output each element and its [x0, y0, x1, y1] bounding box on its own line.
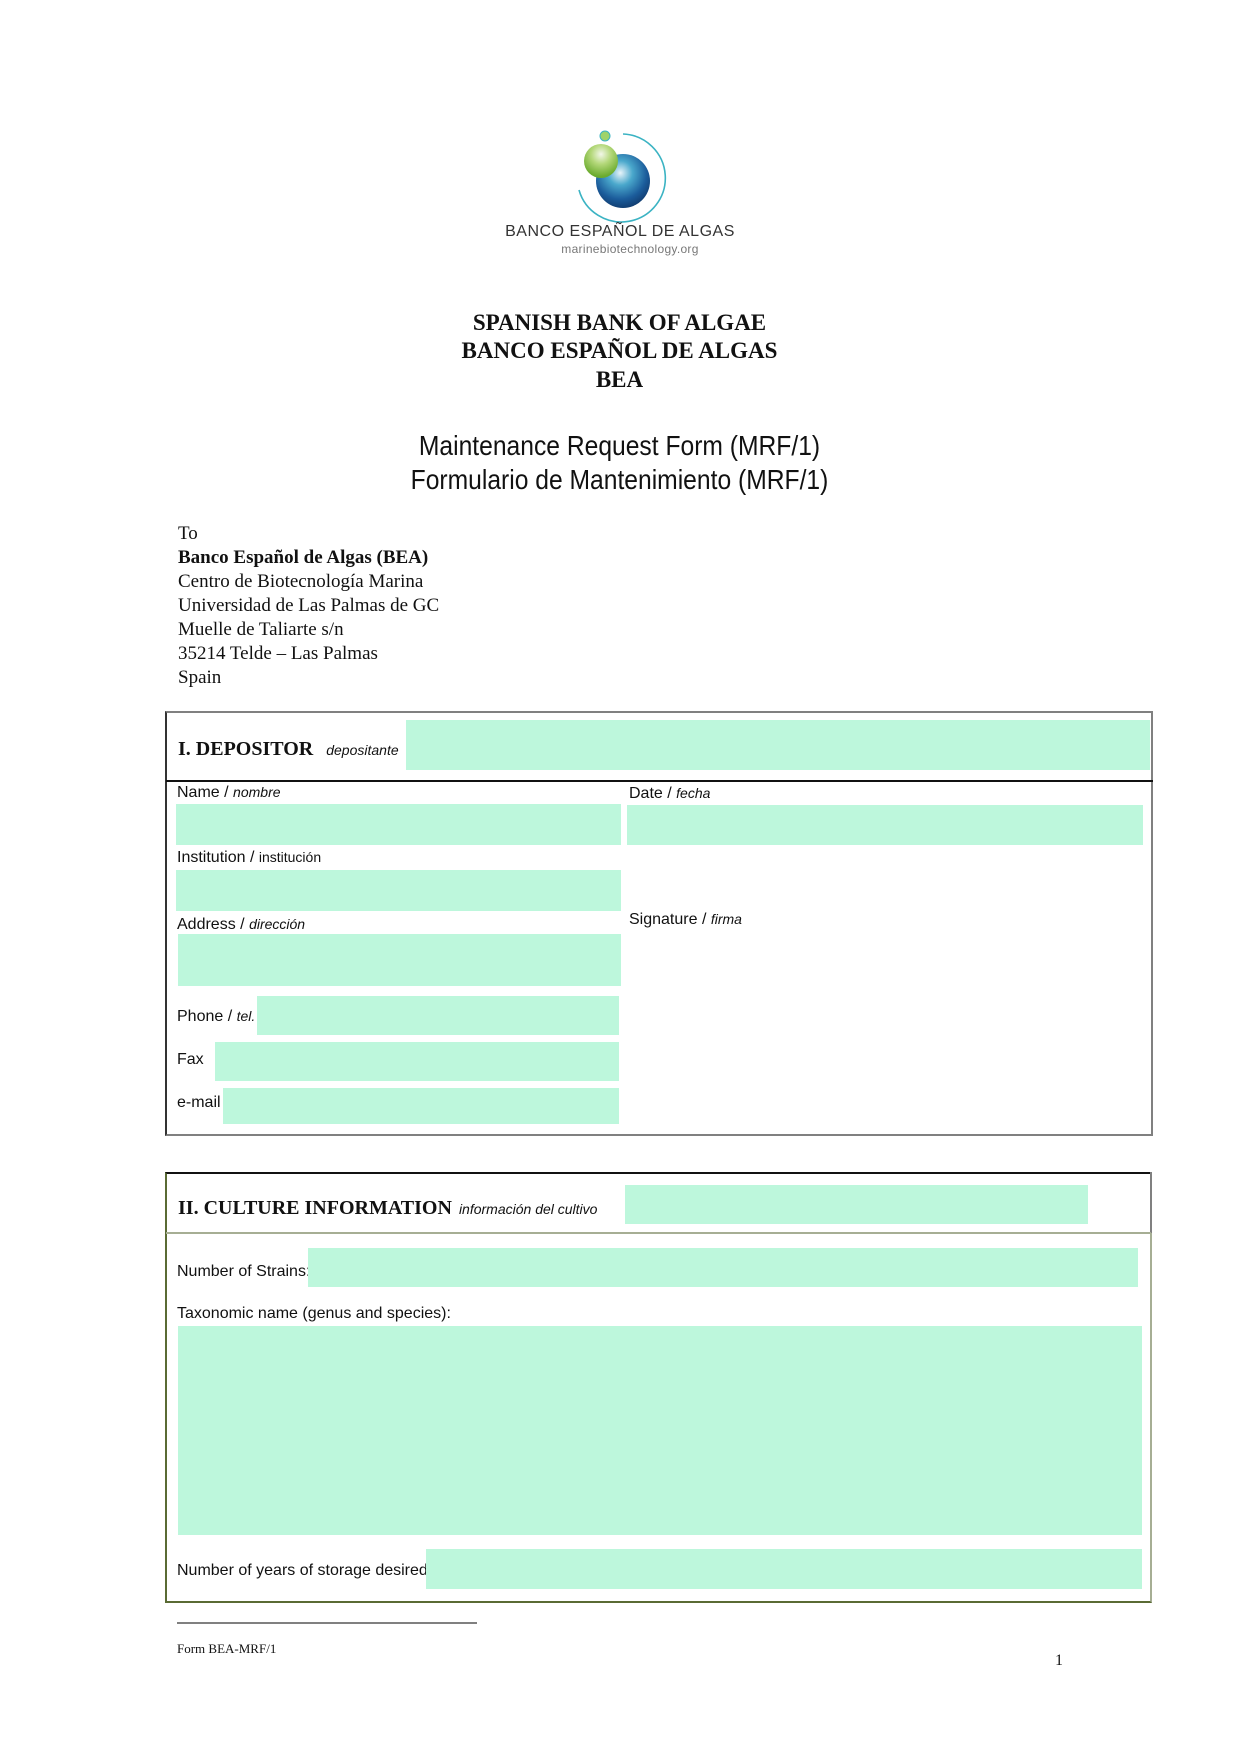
institution-field[interactable]: [176, 870, 621, 911]
page-number: 1: [1055, 1652, 1063, 1670]
culture-title-text: II. CULTURE INFORMATION: [178, 1197, 452, 1219]
date-field[interactable]: [627, 805, 1143, 845]
culture-header-divider: [166, 1232, 1151, 1234]
separator: /: [702, 911, 706, 928]
logo: BANCO ESPAÑOL DE ALGAS marinebiotechnolo…: [495, 128, 745, 260]
phone-field[interactable]: [257, 996, 619, 1035]
depositor-title-text: I. DEPOSITOR: [178, 738, 313, 760]
date-label-es: fecha: [676, 785, 710, 801]
algae-orb-icon: [565, 128, 675, 228]
recipient-to: To: [178, 522, 439, 546]
recipient-line: 35214 Telde – Las Palmas: [178, 642, 439, 666]
email-label: e-mail: [177, 1094, 221, 1112]
logo-url: marinebiotechnology.org: [495, 242, 745, 256]
header-line-1: SPANISH BANK OF ALGAE: [0, 310, 1239, 336]
recipient-name: Banco Español de Algas (BEA): [178, 546, 439, 570]
recipient-line: Universidad de Las Palmas de GC: [178, 594, 439, 618]
strains-field[interactable]: [308, 1248, 1138, 1287]
separator: /: [228, 1008, 232, 1025]
institution-label: Institution / institución: [177, 849, 321, 867]
depositor-header-divider: [166, 780, 1153, 782]
strains-label: Number of Strains:: [177, 1263, 310, 1281]
separator: /: [667, 785, 671, 802]
culture-header-field[interactable]: [625, 1185, 1088, 1224]
taxonomic-label: Taxonomic name (genus and species):: [177, 1305, 451, 1323]
name-label-es: nombre: [233, 784, 280, 800]
signature-label-en: Signature: [629, 911, 698, 928]
signature-area[interactable]: [627, 935, 1143, 1125]
taxonomic-field[interactable]: [178, 1326, 1142, 1535]
fax-field[interactable]: [215, 1042, 619, 1081]
address-label-en: Address: [177, 916, 236, 933]
phone-label-es: tel.: [237, 1008, 256, 1024]
recipient-line: Spain: [178, 666, 439, 690]
header-line-2: BANCO ESPAÑOL DE ALGAS: [0, 338, 1239, 364]
depositor-subtitle: depositante: [326, 742, 398, 758]
years-label: Number of years of storage desired:: [177, 1562, 432, 1580]
name-label: Name / nombre: [177, 784, 281, 802]
signature-label-es: firma: [711, 911, 742, 927]
email-field[interactable]: [223, 1088, 619, 1124]
separator: /: [240, 916, 244, 933]
fax-label: Fax: [177, 1051, 204, 1069]
institution-label-es: institución: [259, 849, 321, 865]
address-label-es: dirección: [249, 916, 305, 932]
depositor-title: I. DEPOSITOR depositante: [178, 738, 399, 761]
separator: /: [224, 784, 228, 801]
logo-name: BANCO ESPAÑOL DE ALGAS: [495, 223, 745, 241]
name-label-en: Name: [177, 784, 220, 801]
date-label: Date / fecha: [629, 785, 710, 803]
recipient-line: Muelle de Taliarte s/n: [178, 618, 439, 642]
name-field[interactable]: [176, 804, 621, 845]
culture-title: II. CULTURE INFORMATION información del …: [178, 1197, 597, 1220]
date-label-en: Date: [629, 785, 663, 802]
address-label: Address / dirección: [177, 916, 305, 934]
phone-label: Phone / tel.: [177, 1008, 255, 1026]
form-title-en: Maintenance Request Form (MRF/1): [74, 430, 1164, 462]
recipient-line: Centro de Biotecnología Marina: [178, 570, 439, 594]
years-field[interactable]: [426, 1549, 1142, 1589]
phone-label-en: Phone: [177, 1008, 223, 1025]
separator: /: [250, 849, 254, 866]
footnote-rule: [177, 1622, 477, 1624]
culture-subtitle: información del cultivo: [459, 1201, 598, 1217]
recipient-block: To Banco Español de Algas (BEA) Centro d…: [178, 522, 439, 690]
form-title-es: Formulario de Mantenimiento (MRF/1): [74, 464, 1164, 496]
address-field[interactable]: [178, 934, 621, 986]
institution-label-en: Institution: [177, 849, 245, 866]
form-id: Form BEA-MRF/1: [177, 1641, 276, 1657]
culture-header-right-border: [1150, 1172, 1152, 1233]
depositor-header-field[interactable]: [406, 720, 1150, 770]
signature-label: Signature / firma: [629, 911, 742, 929]
header-line-3: BEA: [0, 367, 1239, 393]
